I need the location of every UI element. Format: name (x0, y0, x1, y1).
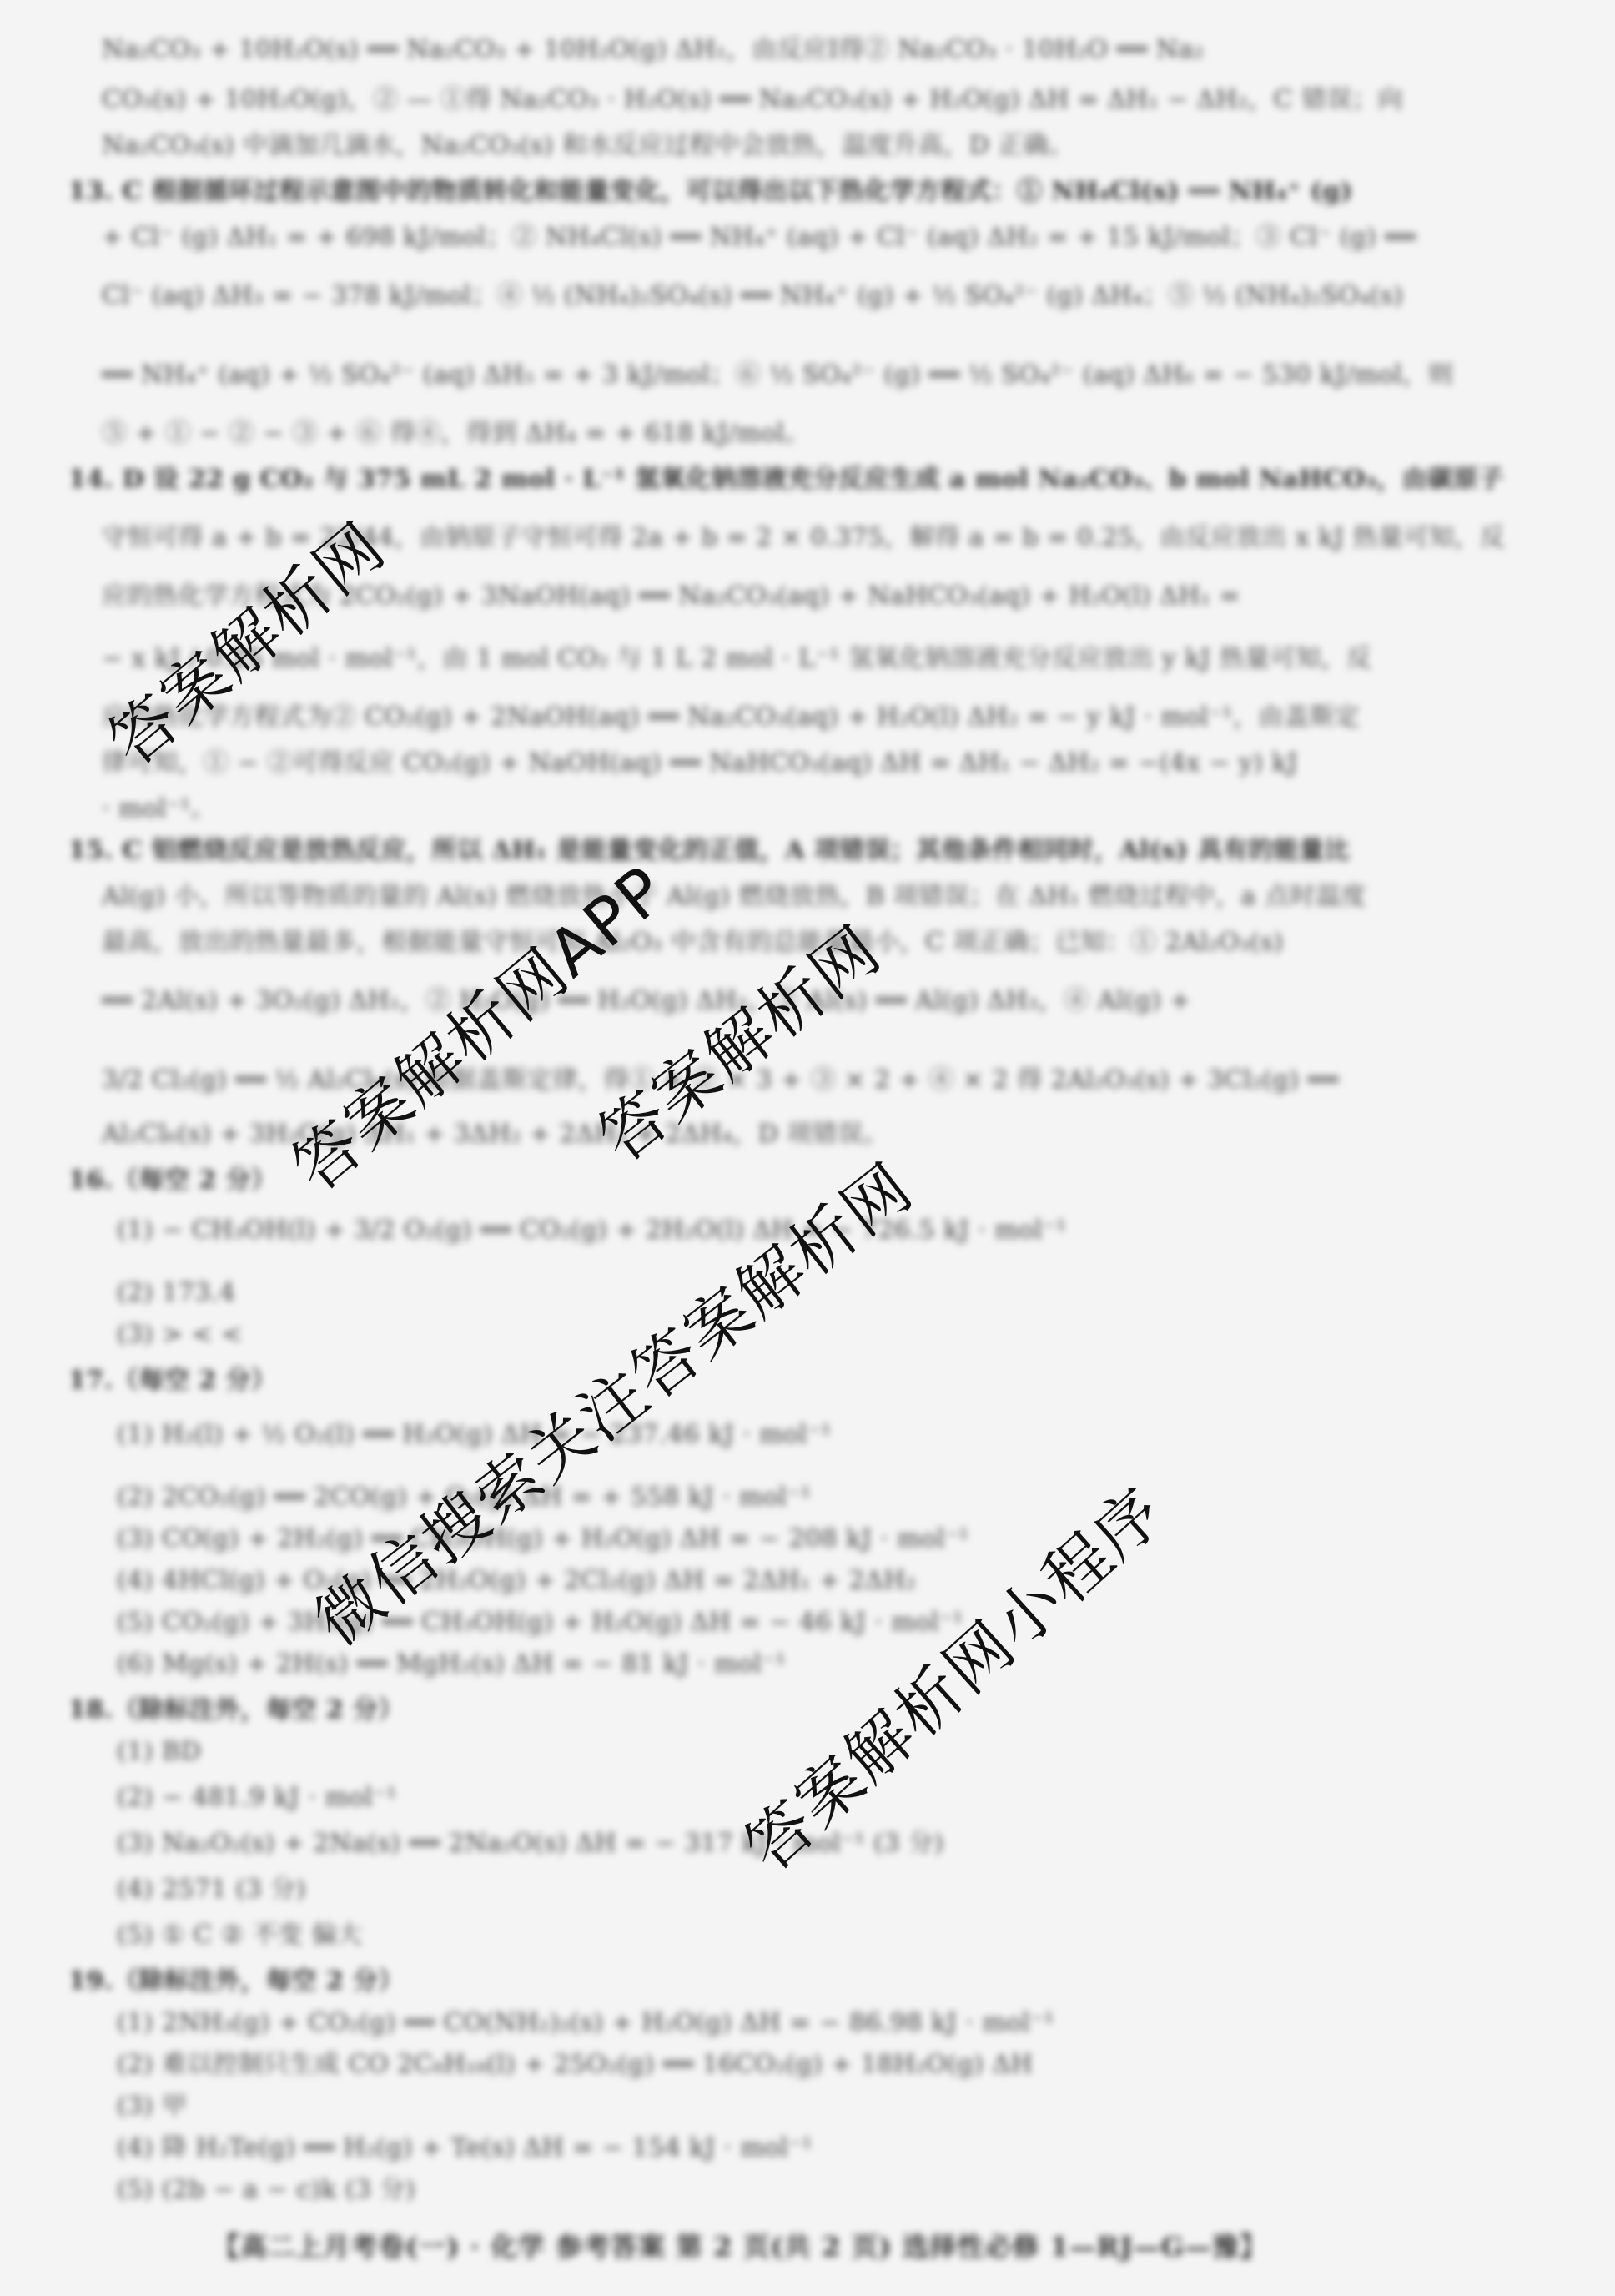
document-line: (1) 2NH₃(g) + CO₂(g) ══ CO(NH₂)₂(s) + H₂… (117, 2006, 1054, 2040)
document-line: Na₂CO₃(s) 中滴加几滴水，Na₂CO₃(s) 和水反应过程中会放热，温度… (102, 129, 1074, 163)
document-line: (4) 降 H₂Te(g) ══ H₂(g) + Te(s) ΔH = − 15… (117, 2132, 813, 2165)
document-line: 16.（每空 2 分） (68, 1164, 276, 1197)
document-line: 律可知，① − ②可得反应 CO₂(g) + NaOH(aq) ══ NaHCO… (102, 747, 1298, 780)
document-line: 18.（除标注外，每空 2 分） (68, 1694, 404, 1727)
document-line: Al(g) 小，所以等物质的量的 Al(s) 燃烧放热小于 Al(g) 燃烧放热… (102, 880, 1366, 914)
document-line: (3) > < < (117, 1318, 243, 1352)
document-line: 应的热化学方程式为② CO₂(g) + 2NaOH(aq) ══ Na₂CO₃(… (102, 701, 1360, 734)
document-line: 19.（除标注外，每空 2 分） (68, 1965, 404, 1998)
document-line: (5) CO₂(g) + 3H₂(g) ══ CH₃OH(g) + H₂O(g)… (117, 1606, 963, 1639)
document-line: (2) 173.4 (117, 1276, 235, 1310)
document-line: Na₂CO₃ + 10H₂O(s) ══ Na₂CO₃ + 10H₂O(g) Δ… (102, 33, 1204, 67)
blurred-answer-key-body: Na₂CO₃ + 10H₂O(s) ══ Na₂CO₃ + 10H₂O(g) Δ… (0, 0, 1615, 2296)
document-line: + Cl⁻ (g) ΔH₁ = + 698 kJ/mol；② NH₄Cl(s) … (102, 221, 1416, 254)
document-line: (5) (2b − a − c)k (3 分) (117, 2173, 415, 2207)
document-line: 17.（每空 2 分） (68, 1364, 276, 1397)
document-line: ⑤ + ① − ② − ③ + ⑥ 得④，得到 ΔH₄ = + 618 kJ/m… (102, 417, 810, 451)
document-line: 15. C 铝燃烧反应是放热反应，所以 ΔH₁ 是能量变化的正值，A 项错误；其… (68, 834, 1350, 868)
document-line: Cl⁻ (aq) ΔH₃ = − 378 kJ/mol；④ ½ (NH₄)₂SO… (102, 279, 1403, 313)
document-line: · mol⁻¹。 (102, 793, 216, 826)
document-line: (3) 甲 (117, 2090, 188, 2123)
document-line: (1) − CH₃OH(l) + 3/2 O₂(g) ══ CO₂(g) + 2… (117, 1214, 1067, 1247)
document-line: (4) 2571 (3 分) (117, 1873, 306, 1906)
document-line: (2) 难以控制只生成 CO 2C₈H₁₈(l) + 25O₂(g) ══ 16… (117, 2048, 1033, 2082)
document-line: (1) BD (117, 1735, 201, 1769)
document-line: 14. D 设 22 g CO₂ 与 375 mL 2 mol · L⁻¹ 氢氧… (68, 463, 1504, 496)
document-line: (2) − 481.9 kJ · mol⁻¹ (117, 1781, 397, 1815)
document-line: 13. C 根据循环过程示意图中的物质转化和能量变化，可以得出以下热化学方程式：… (68, 175, 1352, 209)
document-page: Na₂CO₃ + 10H₂O(s) ══ Na₂CO₃ + 10H₂O(g) Δ… (0, 0, 1615, 2296)
page-footer: 【高二上月考卷(一) · 化学 参考答案 第 2 页(共 2 页) 选择性必修 … (213, 2226, 1267, 2264)
document-line: Al₂Cl₆(s) + 3H₂O(g) ΔH₁ + 3ΔH₂ + 2ΔH₃ + … (102, 1118, 888, 1151)
document-line: ══ 2Al(s) + 3O₂(g) ΔH₁，② H₂O(g) ══ H₂O(g… (102, 984, 1191, 1018)
document-line: (1) H₂(l) + ½ O₂(l) ══ H₂O(g) ΔH = − 237… (117, 1418, 832, 1452)
document-line: (5) ① C ② 不变 偏大 (117, 1919, 362, 1952)
document-line: (6) Mg(s) + 2H(s) ══ MgH₂(s) ΔH = − 81 k… (117, 1648, 786, 1681)
document-line: 最高，放出的热量最多，根据能量守恒可知 Al₂O₃ 中含有的总能量最小，C 项正… (102, 926, 1284, 959)
document-line: CO₃(s) + 10H₂O(g)，② — ①得 Na₂CO₃ · H₂O(s)… (102, 83, 1403, 117)
document-line: (3) CO(g) + 2H₂(g) ══ CH₃OH(g) + H₂O(g) … (117, 1523, 969, 1556)
document-line: (4) 4HCl(g) + O₂(g) ══ 2H₂O(g) + 2Cl₂(g)… (117, 1564, 916, 1598)
document-line: ══ NH₄⁺ (aq) + ½ SO₄²⁻ (aq) ΔH₅ = + 3 kJ… (102, 359, 1453, 392)
